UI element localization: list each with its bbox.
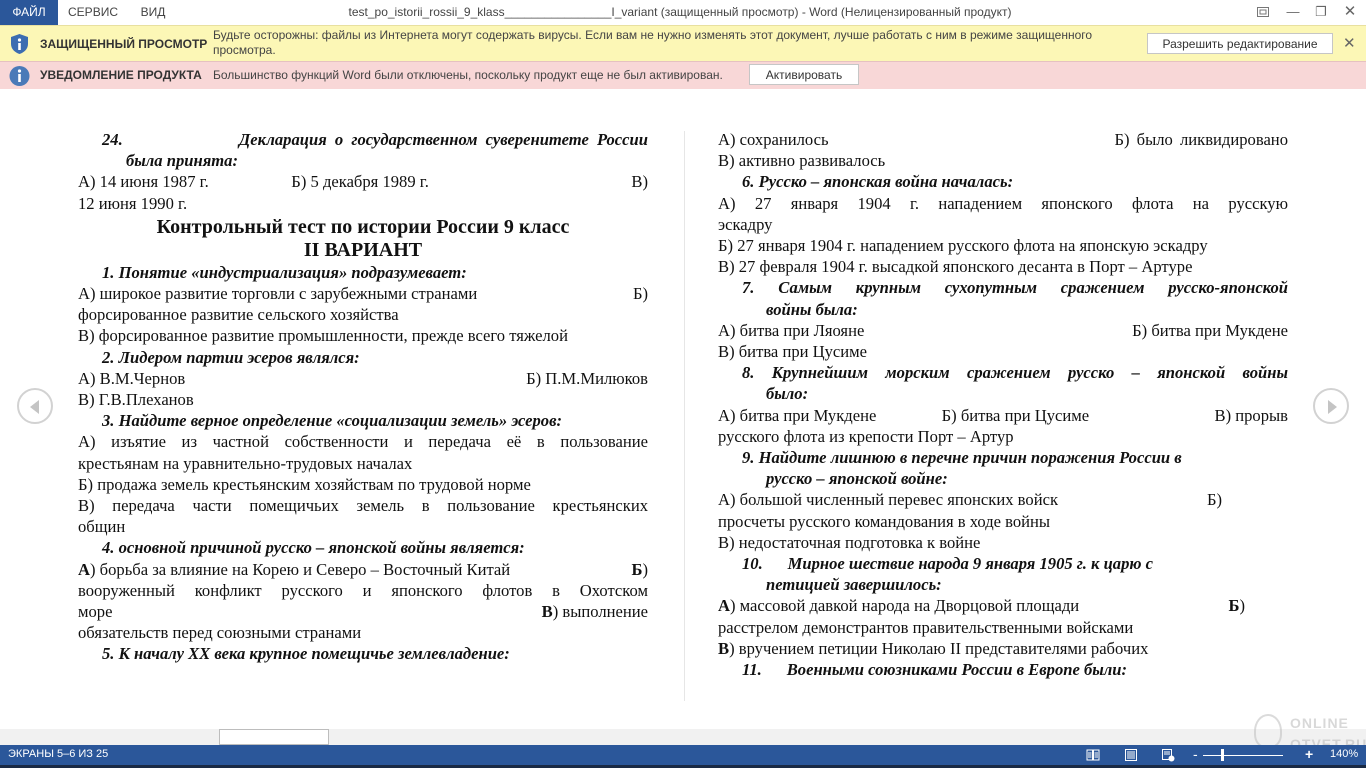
read-mode-icon[interactable] <box>1086 748 1100 762</box>
restore-icon: ❐ <box>1315 4 1327 19</box>
tab-view[interactable]: ВИД <box>128 0 178 25</box>
next-screen-button[interactable] <box>1313 388 1349 424</box>
answer-line: В) Г.В.Плеханов <box>78 389 648 410</box>
answer-line: А) 27 января 1904 г. нападением японског… <box>718 193 1288 214</box>
answer-line: В) 27 февраля 1904 г. высадкой японского… <box>718 256 1288 277</box>
answer-line: Б) продажа земель крестьянским хозяйства… <box>78 474 648 495</box>
print-layout-icon[interactable] <box>1124 748 1138 762</box>
answer-line: вооруженный конфликт русского и японског… <box>78 580 648 601</box>
question-3: 3. Найдите верное определение «социализа… <box>78 410 648 431</box>
answer-line: В) битва при Цусиме <box>718 341 1288 362</box>
protected-view-bar: ЗАЩИЩЕННЫЙ ПРОСМОТР Будьте осторожны: фа… <box>0 25 1366 62</box>
zoom-in-button[interactable]: + <box>1305 746 1313 762</box>
answer-line: В) вручением петиции Николаю II представ… <box>718 638 1288 659</box>
answer-line: В) передача части помещичьих земель в по… <box>78 495 648 516</box>
web-layout-icon[interactable] <box>1161 748 1175 762</box>
protected-view-message: Будьте осторожны: файлы из Интернета мог… <box>213 28 1113 58</box>
minimize-icon: — <box>1287 4 1300 19</box>
window-title: test_po_istorii_rossii_9_klass__________… <box>300 0 1060 25</box>
zoom-slider[interactable] <box>1203 755 1283 756</box>
scrollbar-thumb[interactable] <box>219 729 329 745</box>
answer-row: А) 14 июня 1987 г.Б) 5 декабря 1989 г.В) <box>78 171 648 192</box>
page-counter[interactable]: ЭКРАНЫ 5–6 ИЗ 25 <box>8 748 108 760</box>
answer-row: А) битва при МукденеБ) битва при ЦусимеВ… <box>718 405 1288 426</box>
answer-row: А) большой численный перевес японских во… <box>718 489 1222 510</box>
answer-row: А) борьба за влияние на Корею и Северо –… <box>78 559 648 580</box>
question-10: 10. Мирное шествие народа 9 января 1905 … <box>718 553 1288 574</box>
question-24: 24.Декларация о государственном суверени… <box>78 129 648 150</box>
question-1: 1. Понятие «индустриализация» подразумев… <box>78 262 648 283</box>
minimize-button[interactable]: — <box>1279 0 1307 25</box>
answer-line: общин <box>78 516 648 537</box>
answer-line: А) изъятие из частной собственности и пе… <box>78 431 648 452</box>
tab-file[interactable]: ФАЙЛ <box>0 0 58 25</box>
page-divider <box>684 131 685 701</box>
restore-button[interactable]: ❐ <box>1307 0 1335 25</box>
close-icon: ✕ <box>1343 35 1356 52</box>
horizontal-scrollbar[interactable] <box>0 729 1366 745</box>
question-24-cont: была принята: <box>78 150 648 171</box>
right-page: А) сохранилосьБ) было ликвидировано В) а… <box>718 129 1288 680</box>
question-11: 11. Военными союзниками России в Европе … <box>718 659 1288 680</box>
question-7: 7. Самым крупным сухопутным сражением ру… <box>718 277 1288 298</box>
question-6: 6. Русско – японская война началась: <box>718 171 1288 192</box>
answer-line: 12 июня 1990 г. <box>78 193 648 214</box>
question-10-cont: петицией завершилось: <box>718 574 1288 595</box>
answer-row: А) В.М.ЧерновБ) П.М.Милюков <box>78 368 648 389</box>
zoom-out-button[interactable]: - <box>1193 746 1198 762</box>
enable-editing-button[interactable]: Разрешить редактирование <box>1147 33 1333 54</box>
tab-service[interactable]: СЕРВИС <box>58 0 128 25</box>
fullscreen-button[interactable] <box>1249 0 1277 25</box>
question-8-cont: было: <box>718 383 1288 404</box>
question-5: 5. К началу XX века крупное помещичье зе… <box>78 643 648 664</box>
info-icon <box>9 65 30 87</box>
product-notice-bar: УВЕДОМЛЕНИЕ ПРОДУКТА Большинство функций… <box>0 61 1366 90</box>
answer-line: крестьянам на уравнительно-трудовых нача… <box>78 453 648 474</box>
variant-title: II ВАРИАНТ <box>78 239 648 262</box>
lightbulb-icon <box>1254 714 1282 748</box>
answer-line: русского флота из крепости Порт – Артур <box>718 426 1288 447</box>
zoom-slider-handle[interactable] <box>1221 749 1224 761</box>
activate-button[interactable]: Активировать <box>749 64 859 85</box>
status-bar: ЭКРАНЫ 5–6 ИЗ 25 - + 140% <box>0 745 1366 765</box>
shield-info-icon <box>9 33 30 55</box>
answer-row: А) массовой давкой народа на Дворцовой п… <box>718 595 1245 616</box>
document-area: 24.Декларация о государственном суверени… <box>0 89 1366 729</box>
answer-row: А) сохранилосьБ) было ликвидировано <box>718 129 1288 150</box>
protected-view-title: ЗАЩИЩЕННЫЙ ПРОСМОТР <box>40 37 207 51</box>
zoom-level[interactable]: 140% <box>1330 748 1358 760</box>
close-message-bar-button[interactable]: ✕ <box>1343 34 1356 52</box>
product-notice-title: УВЕДОМЛЕНИЕ ПРОДУКТА <box>40 68 202 82</box>
question-9-cont: русско – японской войне: <box>718 468 1288 489</box>
answer-line: просчеты русского командования в ходе во… <box>718 511 1288 532</box>
answer-line: В) форсированное развитие промышленности… <box>78 325 648 346</box>
answer-line: В) недостаточная подготовка к войне <box>718 532 1288 553</box>
watermark-line1: ONLINE <box>1290 715 1349 731</box>
answer-row: А) битва при ЛяоянеБ) битва при Мукдене <box>718 320 1288 341</box>
product-notice-message: Большинство функций Word были отключены,… <box>213 68 723 83</box>
left-page: 24.Декларация о государственном суверени… <box>78 129 648 665</box>
answer-line: обязательств перед союзными странами <box>78 622 648 643</box>
previous-screen-button[interactable] <box>17 388 53 424</box>
answer-row: мореВ) выполнение <box>78 601 648 622</box>
question-2: 2. Лидером партии эсеров являлся: <box>78 347 648 368</box>
answer-line: В) активно развивалось <box>718 150 1288 171</box>
fullscreen-icon <box>1257 7 1269 17</box>
answer-line: Б) 27 января 1904 г. нападением русского… <box>718 235 1288 256</box>
answer-line: форсированное развитие сельского хозяйст… <box>78 304 648 325</box>
title-bar: ФАЙЛ СЕРВИС ВИД test_po_istorii_rossii_9… <box>0 0 1366 25</box>
answer-line: эскадру <box>718 214 1288 235</box>
question-8: 8. Крупнейшим морским сражением русско –… <box>718 362 1288 383</box>
question-4: 4. основной причиной русско – японской в… <box>78 537 648 558</box>
close-icon: ✕ <box>1344 3 1357 20</box>
answer-row: А) широкое развитие торговли с зарубежны… <box>78 283 648 304</box>
answer-line: расстрелом демонстрантов правительственн… <box>718 617 1288 638</box>
question-9: 9. Найдите лишнюю в перечне причин пораж… <box>718 447 1288 468</box>
close-window-button[interactable]: ✕ <box>1336 0 1364 25</box>
question-7-cont: войны была: <box>718 299 1288 320</box>
test-title: Контрольный тест по истории России 9 кла… <box>78 216 648 239</box>
